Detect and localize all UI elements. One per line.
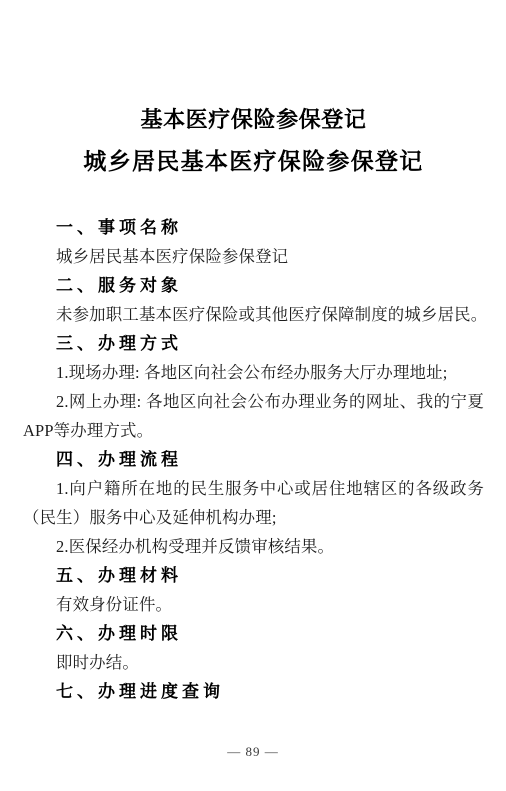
paragraph-line: 即时办结。 — [23, 648, 484, 677]
paragraph-line: 2.网上办理: 各地区向社会公布办理业务的网址、我的宁夏 — [23, 387, 484, 416]
section-heading-service-target: 二、服务对象 — [23, 271, 484, 300]
document-content: 基本医疗保险参保登记 城乡居民基本医疗保险参保登记 一、事项名称 城乡居民基本医… — [23, 0, 484, 706]
page-number: — 89 — — [0, 744, 506, 760]
document-body: 一、事项名称 城乡居民基本医疗保险参保登记 二、服务对象 未参加职工基本医疗保险… — [23, 213, 484, 706]
section-heading-item-name: 一、事项名称 — [23, 213, 484, 242]
document-title: 基本医疗保险参保登记 — [23, 107, 484, 132]
section-heading-handling-time-limit: 六、办理时限 — [23, 619, 484, 648]
section-heading-handling-process: 四、办理流程 — [23, 445, 484, 474]
paragraph-line: 1.现场办理: 各地区向社会公布经办服务大厅办理地址; — [23, 358, 484, 387]
paragraph-line: 1.向户籍所在地的民生服务中心或居住地辖区的各级政务 — [23, 474, 484, 503]
paragraph-line: （民生）服务中心及延伸机构办理; — [23, 503, 484, 532]
section-heading-handling-method: 三、办理方式 — [23, 329, 484, 358]
document-page: 基本医疗保险参保登记 城乡居民基本医疗保险参保登记 一、事项名称 城乡居民基本医… — [0, 0, 506, 791]
paragraph-line: 2.医保经办机构受理并反馈审核结果。 — [23, 532, 484, 561]
section-heading-progress-inquiry: 七、办理进度查询 — [23, 677, 484, 706]
paragraph-line: 未参加职工基本医疗保险或其他医疗保障制度的城乡居民。 — [23, 300, 484, 329]
section-heading-handling-materials: 五、办理材料 — [23, 561, 484, 590]
document-subtitle: 城乡居民基本医疗保险参保登记 — [23, 148, 484, 174]
paragraph-line: 城乡居民基本医疗保险参保登记 — [23, 242, 484, 271]
paragraph-line: 有效身份证件。 — [23, 590, 484, 619]
paragraph-line: APP等办理方式。 — [23, 416, 484, 445]
